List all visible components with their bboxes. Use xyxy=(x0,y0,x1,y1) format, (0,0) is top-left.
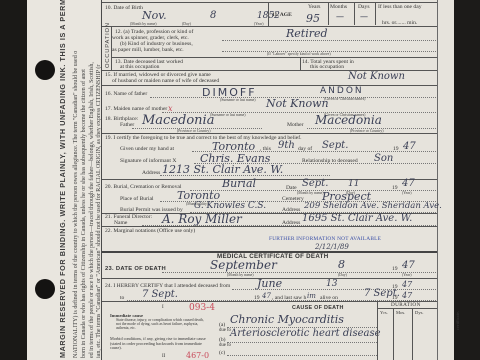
stamp-date: 2/12/1/89 xyxy=(315,243,349,251)
father-name-label: 16. Name of father xyxy=(105,91,147,97)
divider xyxy=(300,57,301,70)
divider xyxy=(102,179,437,180)
father-birthplace: Macedonia xyxy=(142,113,214,128)
death-day: 8 xyxy=(338,258,345,271)
certify-statement: 19. I certify the foregoing to be true a… xyxy=(105,135,302,141)
laborer-note: (If "Laborer" specify kind of work above… xyxy=(267,52,331,56)
divider xyxy=(227,342,377,343)
industry-label-2: as paper mill, lumber, bank, etc. xyxy=(112,47,184,53)
divider xyxy=(102,85,437,86)
day-sublabel: (Day) xyxy=(338,273,347,277)
occupation-value: Retired xyxy=(286,27,328,40)
divider xyxy=(268,2,269,26)
divider xyxy=(111,57,437,58)
death-month: September xyxy=(210,258,277,272)
spouse-value: Not Known xyxy=(348,71,405,82)
burial-value: Burial xyxy=(222,177,256,190)
age-months: — xyxy=(336,12,344,21)
burial-day: 11 xyxy=(348,179,359,189)
cause-code: 093-4 xyxy=(189,303,215,313)
attended-to: 7 Sept. xyxy=(142,289,178,300)
father-given-name: ANDON xyxy=(320,86,364,96)
age-years: 95 xyxy=(306,12,320,25)
nationality-note-2: born in Canada or who has rights of Citi… xyxy=(81,69,87,358)
binding-notice: MARGIN RESERVED FOR BINDING. WRITE PLAIN… xyxy=(58,0,67,358)
divider xyxy=(160,175,330,176)
age-months-header: Months xyxy=(330,4,347,10)
cause-code-2: 467-0 xyxy=(186,351,209,360)
divider xyxy=(162,272,436,273)
death-registration-page: MARGIN RESERVED FOR BINDING. WRITE PLAIN… xyxy=(27,0,454,360)
death-year: 47 xyxy=(402,260,415,271)
month-sublabel: (Month by name) xyxy=(297,191,324,195)
alive-on-year: 47 xyxy=(402,291,412,300)
occupation-label: OCCUPATION xyxy=(105,22,111,68)
mother-maiden-label: 17. Maiden name of mother xyxy=(105,106,167,112)
divider xyxy=(328,3,329,25)
binding-margin: MARGIN RESERVED FOR BINDING. WRITE PLAIN… xyxy=(27,0,100,360)
attended-to-year: 47 xyxy=(262,292,271,300)
nationality-note-1: NATIONALITY) is defined in terms of the … xyxy=(73,51,79,358)
age-label: 11. AGE xyxy=(272,12,292,18)
cause-c-label: (c) xyxy=(219,350,225,356)
duration-yrs-header: Yrs. xyxy=(380,310,388,316)
age-days-header: Days xyxy=(358,4,370,10)
roman-ii-label: II xyxy=(162,354,165,360)
cert-day: 9th xyxy=(278,140,295,151)
surname-sublabel: (Surname or last name) xyxy=(220,98,256,102)
year-sublabel: (Year) xyxy=(402,273,412,277)
birth-month: Nov. xyxy=(142,9,167,22)
funeral-director-label: 21. Funeral Director: xyxy=(105,214,152,220)
surname-sublabel: (Surname or last name) xyxy=(210,113,246,117)
immediate-cause-note: State disease, injury, or complication w… xyxy=(116,318,204,331)
burial-year: 47 xyxy=(402,178,415,189)
punch-hole-icon xyxy=(35,60,55,80)
funeral-director-name: A. Roy Miller xyxy=(162,212,242,226)
divider xyxy=(102,226,437,227)
certificate-side-note: certificate. xyxy=(455,311,460,330)
divider xyxy=(102,133,437,134)
morbid-conditions-note: Morbid conditions, if any, giving rise t… xyxy=(110,337,208,351)
informant-address-label: Address xyxy=(142,170,160,176)
year-sublabel: (Year) xyxy=(402,191,412,195)
mother-birthplace: Macedonia xyxy=(315,113,382,127)
age-years-header: Years xyxy=(308,4,320,10)
divider xyxy=(102,26,437,27)
racial-origin-note-1: ed in terms of the people or race to whi… xyxy=(89,62,95,358)
scan-background-left xyxy=(0,0,27,360)
divider xyxy=(393,308,394,360)
cert-month: Sept. xyxy=(322,140,348,151)
divider xyxy=(102,301,437,302)
date-of-birth-label: 10. Date of Birth xyxy=(105,5,143,11)
further-info-stamp: FURTHER INFORMATION NOT AVAILABLE xyxy=(269,236,381,242)
last-saw-pronoun: im xyxy=(307,292,316,300)
divider xyxy=(232,289,436,290)
cause-b-value: Arteriosclerotic heart disease xyxy=(230,328,381,339)
burial-label: 20. Burial, Cremation or Removal xyxy=(105,184,181,190)
given-at-label: Given under my hand at xyxy=(120,146,174,152)
duration-dys-header: Dys. xyxy=(415,310,424,316)
divider xyxy=(377,301,378,360)
registration-form: 10. Date of Birth Nov. 8 1852 (Month by … xyxy=(101,0,438,360)
roman-i-label: I xyxy=(162,305,164,311)
divider xyxy=(377,308,437,309)
divider xyxy=(354,3,355,25)
place-of-burial-label: Place of Burial xyxy=(120,196,154,202)
month-sublabel: (Month by name) xyxy=(227,273,254,277)
scan-background-right xyxy=(454,0,480,360)
burial-permit-issuer: G. Knowles C.S. xyxy=(194,201,266,211)
date-of-death-label: 23. DATE OF DEATH xyxy=(105,266,166,272)
cause-of-death-heading: CAUSE OF DEATH xyxy=(292,305,344,311)
divider xyxy=(375,3,376,25)
duration-mos-header: Mos. xyxy=(396,310,405,316)
less-than-day-header: If less than one day xyxy=(378,4,422,10)
given-sublabel: (Given or Christian names) xyxy=(324,97,365,101)
divider xyxy=(227,355,377,356)
funeral-director-address: 1695 St. Clair Ave. W. xyxy=(302,213,412,224)
permit-address: 209 Sheldon Ave. Sheridan Ave. xyxy=(304,201,442,211)
punch-hole-icon xyxy=(35,279,55,299)
mother-maiden-value: Not Known xyxy=(266,97,329,110)
due-to-label: due to xyxy=(219,343,231,349)
mother-birthplace-label: Mother xyxy=(287,122,303,128)
age-days: — xyxy=(360,12,368,21)
divider xyxy=(102,2,437,3)
attended-from-year: 47 xyxy=(402,280,412,289)
birth-day: 8 xyxy=(210,10,216,21)
divider xyxy=(412,308,413,360)
burial-month: Sept. xyxy=(302,178,328,189)
marginal-notations-label: 22. Marginal notations (Office use only) xyxy=(105,228,195,234)
cause-a-value: Chronic Myocarditis xyxy=(230,313,344,326)
divider xyxy=(222,40,436,41)
spouse-label-2: of husband or maiden name of wife of dec… xyxy=(112,78,219,84)
attended-from-day: 13 xyxy=(326,279,337,289)
